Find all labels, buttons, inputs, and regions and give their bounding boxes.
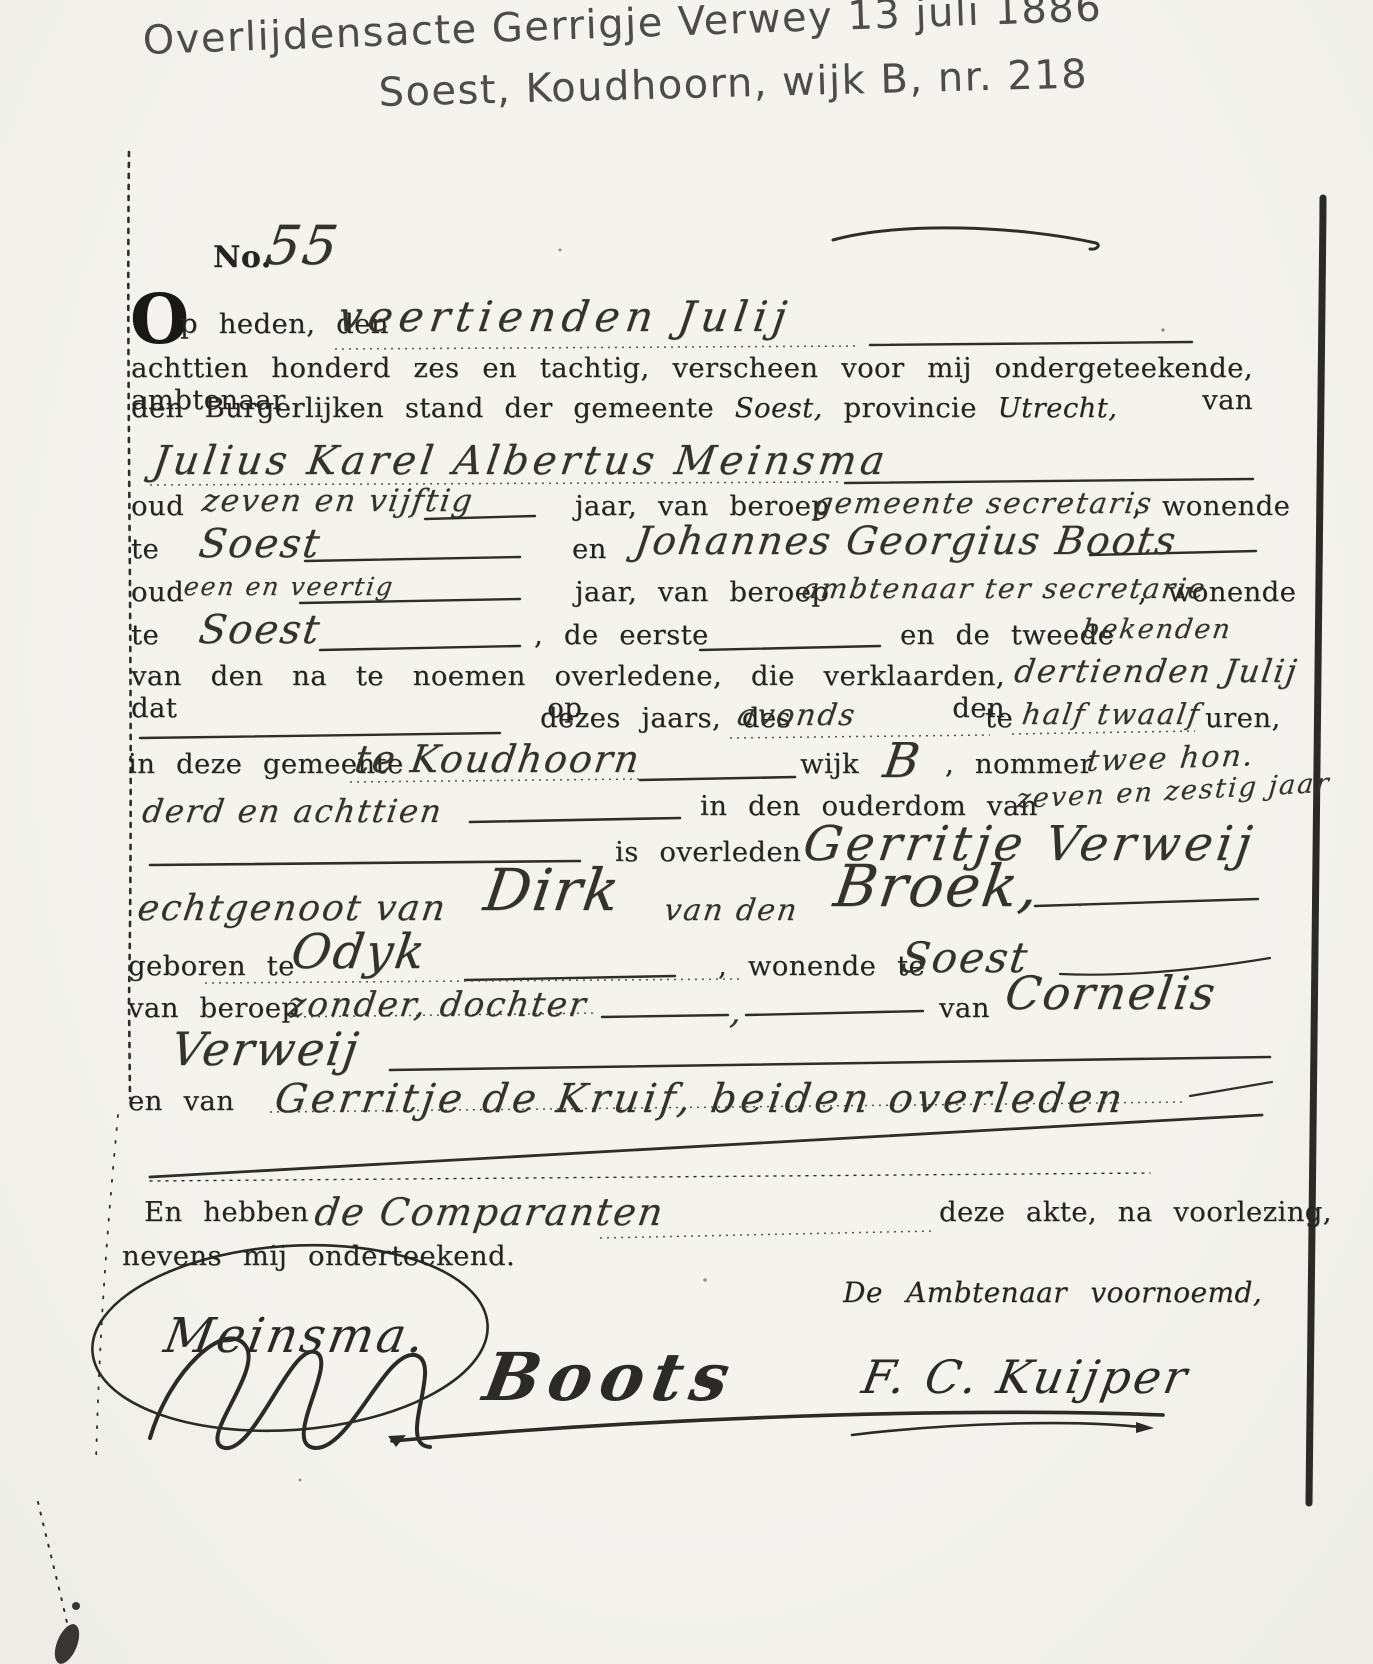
printed-wonende-te: , wonende te bbox=[718, 950, 925, 982]
kuijper-underline-tip bbox=[1136, 1422, 1154, 1433]
hw-wijk-letter: B bbox=[880, 733, 925, 789]
paper-speck bbox=[299, 1479, 302, 1482]
rule-after-soest1 bbox=[305, 557, 520, 561]
printed-beroep2: jaar, van beroep bbox=[575, 576, 829, 608]
printed-te3: te bbox=[985, 702, 1013, 734]
printed-de-eerste: , de eerste bbox=[534, 619, 709, 651]
leader-avonds bbox=[730, 735, 990, 738]
hw-spouse-firstname: Dirk bbox=[480, 856, 625, 924]
printed-oud1: oud bbox=[131, 490, 184, 522]
hw-father-firstname: Cornelis bbox=[1002, 966, 1220, 1020]
hw-declarant2-residence: Soest bbox=[196, 607, 324, 653]
kuijper-underline bbox=[852, 1423, 1148, 1435]
hw-declarant2-age: een en veertig bbox=[182, 572, 396, 601]
printed-en: en bbox=[572, 533, 607, 565]
printed-nevens-mij: nevens mij onderteekend. bbox=[122, 1240, 515, 1272]
signature-kuijper: F. C. Kuijper bbox=[858, 1350, 1194, 1404]
leader-halftwaalf bbox=[1012, 731, 1195, 734]
printed-is-overleden: is overleden bbox=[615, 836, 801, 868]
printed-uren: uren, bbox=[1205, 702, 1281, 734]
printed-nommer: , nommer bbox=[945, 748, 1093, 780]
rule-after-overleden bbox=[1190, 1082, 1272, 1096]
hw-declarant1-residence: Soest bbox=[196, 521, 324, 567]
rule-after-broek bbox=[1035, 899, 1258, 906]
printed-provincie: provincie bbox=[843, 392, 976, 424]
rule-blank-dochter bbox=[602, 1011, 923, 1017]
hw-mother-name: Gerritje de Kruif, beiden overleden bbox=[272, 1076, 1129, 1122]
rule-after-soest2 bbox=[320, 646, 520, 650]
hw-hour: half twaalf bbox=[1020, 697, 1203, 731]
rule-after-218 bbox=[470, 818, 680, 822]
hw-declarant1-age: zeven en vijftig bbox=[200, 483, 476, 519]
death-certificate-scan: Overlijdensacte Gerrigje Verwey 13 juli … bbox=[0, 0, 1373, 1664]
rule-blank-eerste bbox=[700, 646, 880, 650]
printed-wonende1: , wonende bbox=[1132, 490, 1290, 522]
diagonal-strike-dotted bbox=[150, 1173, 1150, 1181]
boots-signature-underline bbox=[392, 1412, 1163, 1441]
hw-death-date: dertienden Julij bbox=[1012, 652, 1301, 690]
bottom-left-scratch bbox=[38, 1502, 69, 1632]
hw-echtgenoot-van: echtgenoot van bbox=[135, 888, 450, 929]
signature-meinsma: Meinsma. bbox=[160, 1308, 432, 1364]
printed-beroep1: jaar, van beroep bbox=[575, 490, 829, 522]
ink-dot bbox=[72, 1602, 80, 1610]
left-binding-edge-lower bbox=[96, 1115, 118, 1462]
officer-title: De Ambtenaar voornoemd, bbox=[843, 1276, 1262, 1309]
printed-geboren-te: geboren te bbox=[128, 950, 295, 982]
paper-speck bbox=[703, 1278, 707, 1282]
paper-speck bbox=[559, 249, 562, 252]
hw-housenumber-part2: derd en achttien bbox=[140, 792, 446, 830]
printed-province-name: Utrecht, bbox=[998, 392, 1118, 424]
printed-en-van: en van bbox=[128, 1085, 234, 1117]
hw-declarant2-name: Johannes Georgius Boots bbox=[632, 519, 1180, 564]
hw-death-place: te Koudhoorn bbox=[352, 737, 644, 781]
signature-boots: Boots bbox=[478, 1338, 743, 1416]
rule-after-koudhoorn bbox=[640, 777, 795, 780]
hw-time-of-day: avonds bbox=[735, 698, 859, 733]
hw-declarant1-name: Julius Karel Albertus Meinsma bbox=[150, 438, 892, 484]
printed-deze-akte: deze akte, na voorlezing, bbox=[939, 1196, 1332, 1228]
rule-after-verweij bbox=[390, 1057, 1270, 1070]
printed-van: van bbox=[939, 992, 990, 1024]
hw-declarant1-occupation: gemeente secretaris bbox=[812, 486, 1155, 520]
top-flourish bbox=[833, 228, 1098, 249]
leader-date bbox=[335, 346, 860, 349]
printed-te1: te bbox=[131, 533, 159, 565]
rule-after-date bbox=[870, 342, 1192, 345]
hw-spouse-surname: Broek, bbox=[830, 852, 1045, 920]
printed-gemeente-a: den Burgerlijken stand der gemeente bbox=[131, 392, 714, 424]
paper-speck bbox=[1079, 904, 1082, 907]
printed-oud2: oud bbox=[131, 576, 184, 608]
right-fold-line bbox=[1309, 198, 1323, 1503]
ink-smudge bbox=[50, 1621, 84, 1664]
printed-gemeente-place: Soest, bbox=[735, 392, 823, 424]
paper-speck bbox=[1161, 328, 1164, 331]
hw-spouse-prefix: van den bbox=[662, 893, 801, 928]
printed-wonende2: , wonende bbox=[1138, 576, 1296, 608]
act-number-value: 55 bbox=[262, 214, 344, 277]
printed-gemeente-line: den Burgerlijken stand der gemeente Soes… bbox=[131, 392, 1117, 424]
hw-comparanten: de Comparanten bbox=[312, 1190, 668, 1234]
hw-birthplace: Odyk bbox=[288, 924, 430, 980]
rule-after-odyk bbox=[465, 976, 675, 980]
printed-en-hebben: En hebben bbox=[144, 1196, 309, 1228]
printed-te2: te bbox=[131, 619, 159, 651]
hw-act-date: veertienden Julij bbox=[335, 292, 796, 341]
rule-after-declarant1 bbox=[845, 479, 1253, 483]
printed-wijk: wijk bbox=[800, 748, 859, 780]
hw-father-surname: Verweij bbox=[168, 1022, 363, 1076]
hw-deceased-occupation: zonder, dochter bbox=[285, 985, 590, 1025]
diagonal-strike bbox=[150, 1115, 1262, 1177]
hw-bekenden: bekenden bbox=[1080, 614, 1234, 645]
printed-van-beroep: van beroep bbox=[128, 992, 299, 1024]
